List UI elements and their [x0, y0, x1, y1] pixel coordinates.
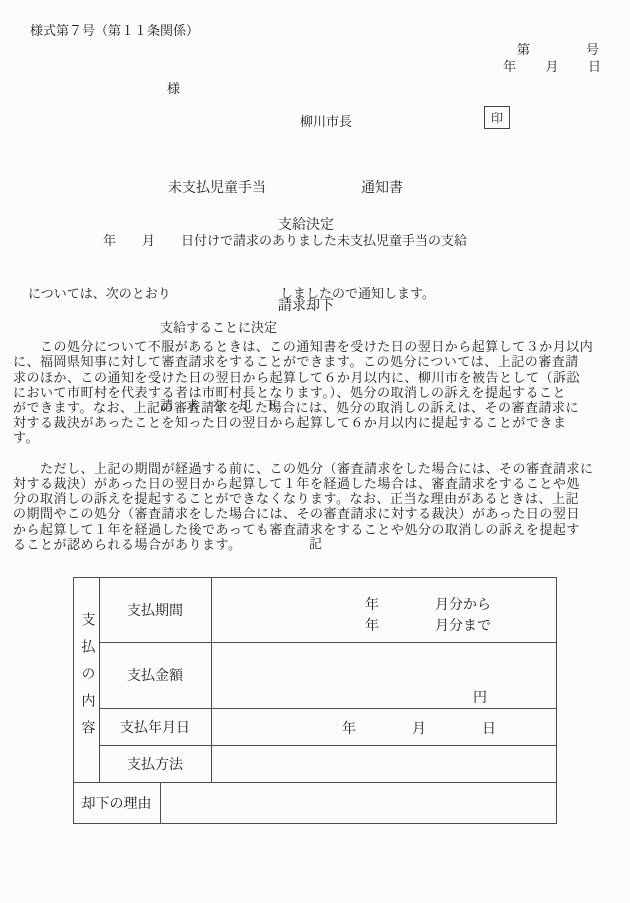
- notice-document-page: 様式第７号（第１１条関係） 第 号 年 月 日 様 柳川市長 印 未支払児童手当…: [0, 0, 630, 903]
- seal-placeholder-box: 印: [484, 106, 510, 129]
- appeal-notice-body: この処分について不服があるときは、この通知書を受けた日の翌日から起算して３か月以…: [13, 324, 625, 567]
- date-year-label: 年: [503, 56, 516, 75]
- recipient-honorific: 様: [167, 78, 180, 97]
- appeal-paragraph-1: この処分について不服があるときは、この通知書を受けた日の翌日から起算して３か月以…: [13, 339, 625, 445]
- date-day-label: 日: [588, 56, 601, 75]
- payment-date-field: 年 月 日: [342, 718, 496, 738]
- table-vertical-line-rejection: [160, 782, 161, 824]
- row-label-payment-date: 支払年月日: [99, 708, 211, 745]
- form-number: 様式第７号（第１１条関係）: [30, 20, 199, 39]
- payment-period-to-field: 年 月分まで: [365, 615, 491, 635]
- row-label-payment-method: 支払方法: [99, 745, 211, 782]
- issue-date-line: 年 月 日: [503, 56, 601, 75]
- payment-period-from-field: 年 月分から: [365, 594, 491, 614]
- issuer-name: 柳川市長: [300, 111, 352, 130]
- row-label-payment-amount: 支払金額: [99, 642, 211, 708]
- date-month-label: 月: [545, 56, 558, 75]
- seal-label: 印: [491, 109, 503, 126]
- title-subject: 未支払児童手当: [168, 177, 266, 197]
- row-label-payment-period: 支払期間: [99, 577, 211, 642]
- table-group-header-payment-details: 支払の内容: [74, 577, 99, 782]
- title-tail: 通知書: [361, 177, 403, 197]
- table-vertical-line-labels: [211, 577, 212, 782]
- decision-tail-text: しましたので通知します。: [280, 283, 435, 302]
- row-label-rejection-reason: 却下の理由: [73, 782, 160, 824]
- request-date-line: 年 月 日付けで請求のありました未支払児童手当の支給: [103, 230, 467, 249]
- payment-amount-unit: 円: [473, 687, 487, 707]
- record-marker: 記: [309, 533, 322, 552]
- decision-lead-text: については、次のとおり: [28, 283, 171, 302]
